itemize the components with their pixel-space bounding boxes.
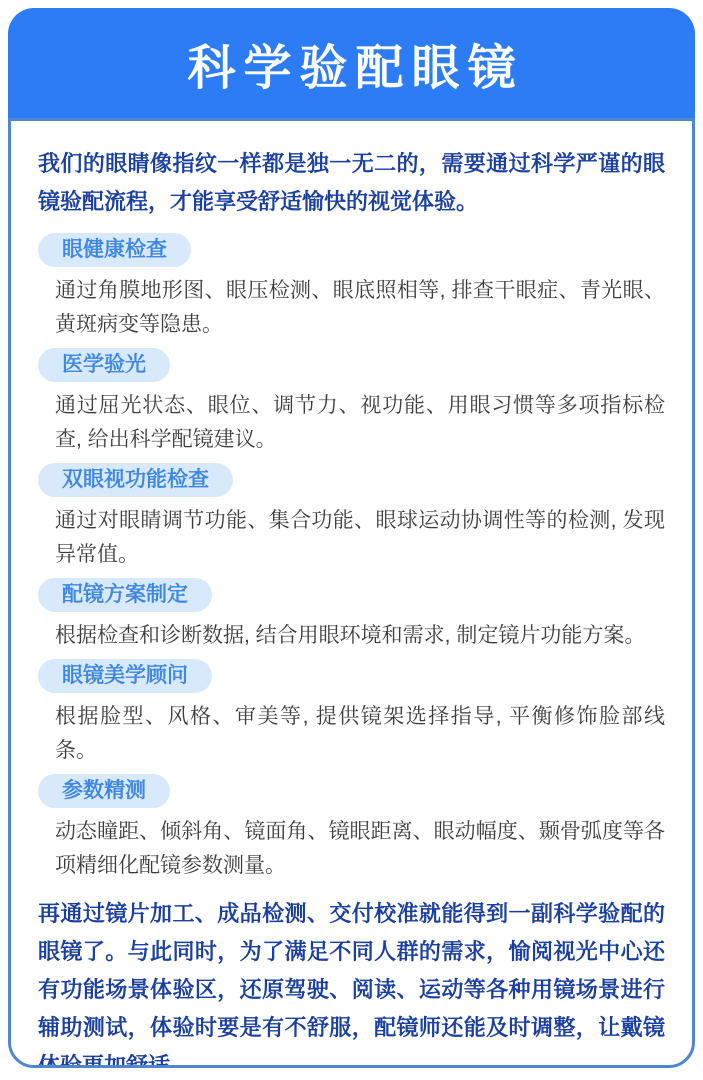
- outro-paragraph: 再通过镜片加工、成品检测、交付校准就能得到一副科学验配的眼镜了。与此同时，为了满…: [38, 895, 665, 1068]
- section-badge: 眼健康检查: [38, 233, 191, 267]
- section-badge: 配镜方案制定: [38, 578, 212, 612]
- section-glasses-plan: 配镜方案制定 根据检查和诊断数据, 结合用眼环境和需求, 制定镜片功能方案。: [38, 578, 665, 653]
- section-body: 根据检查和诊断数据, 结合用眼环境和需求, 制定镜片功能方案。: [38, 619, 665, 653]
- section-eye-health-check: 眼健康检查 通过角膜地形图、眼压检测、眼底照相等, 排查干眼症、青光眼、黄斑病变…: [38, 233, 665, 342]
- section-medical-optometry: 医学验光 通过屈光状态、眼位、调节力、视功能、用眼习惯等多项指标检查, 给出科学…: [38, 348, 665, 457]
- intro-paragraph: 我们的眼睛像指纹一样都是独一无二的，需要通过科学严谨的眼镜验配流程，才能享受舒适…: [38, 145, 665, 221]
- section-badge: 眼镜美学顾问: [38, 659, 212, 693]
- section-aesthetic-consultant: 眼镜美学顾问 根据脸型、风格、审美等, 提供镜架选择指导, 平衡修饰脸部线条。: [38, 659, 665, 768]
- section-body: 根据脸型、风格、审美等, 提供镜架选择指导, 平衡修饰脸部线条。: [38, 700, 665, 768]
- section-badge: 参数精测: [38, 774, 170, 808]
- page-title: 科学验配眼镜: [179, 29, 523, 98]
- section-body: 通过角膜地形图、眼压检测、眼底照相等, 排查干眼症、青光眼、黄斑病变等隐患。: [38, 274, 665, 342]
- section-body: 通过对眼睛调节功能、集合功能、眼球运动协调性等的检测, 发现异常值。: [38, 504, 665, 572]
- section-body: 通过屈光状态、眼位、调节力、视功能、用眼习惯等多项指标检查, 给出科学配镜建议。: [38, 389, 665, 457]
- section-badge: 双眼视功能检查: [38, 463, 233, 497]
- section-badge: 医学验光: [38, 348, 170, 382]
- header-banner: 科学验配眼镜: [8, 8, 695, 118]
- section-parameter-measurement: 参数精测 动态瞳距、倾斜角、镜面角、镜眼距离、眼动幅度、颞骨弧度等各项精细化配镜…: [38, 774, 665, 883]
- section-body: 动态瞳距、倾斜角、镜面角、镜眼距离、眼动幅度、颞骨弧度等各项精细化配镜参数测量。: [38, 815, 665, 883]
- poster: 科学验配眼镜 我们的眼睛像指纹一样都是独一无二的，需要通过科学严谨的眼镜验配流程…: [0, 0, 703, 1080]
- content-card: 我们的眼睛像指纹一样都是独一无二的，需要通过科学严谨的眼镜验配流程，才能享受舒适…: [8, 118, 695, 1068]
- section-binocular-vision-check: 双眼视功能检查 通过对眼睛调节功能、集合功能、眼球运动协调性等的检测, 发现异常…: [38, 463, 665, 572]
